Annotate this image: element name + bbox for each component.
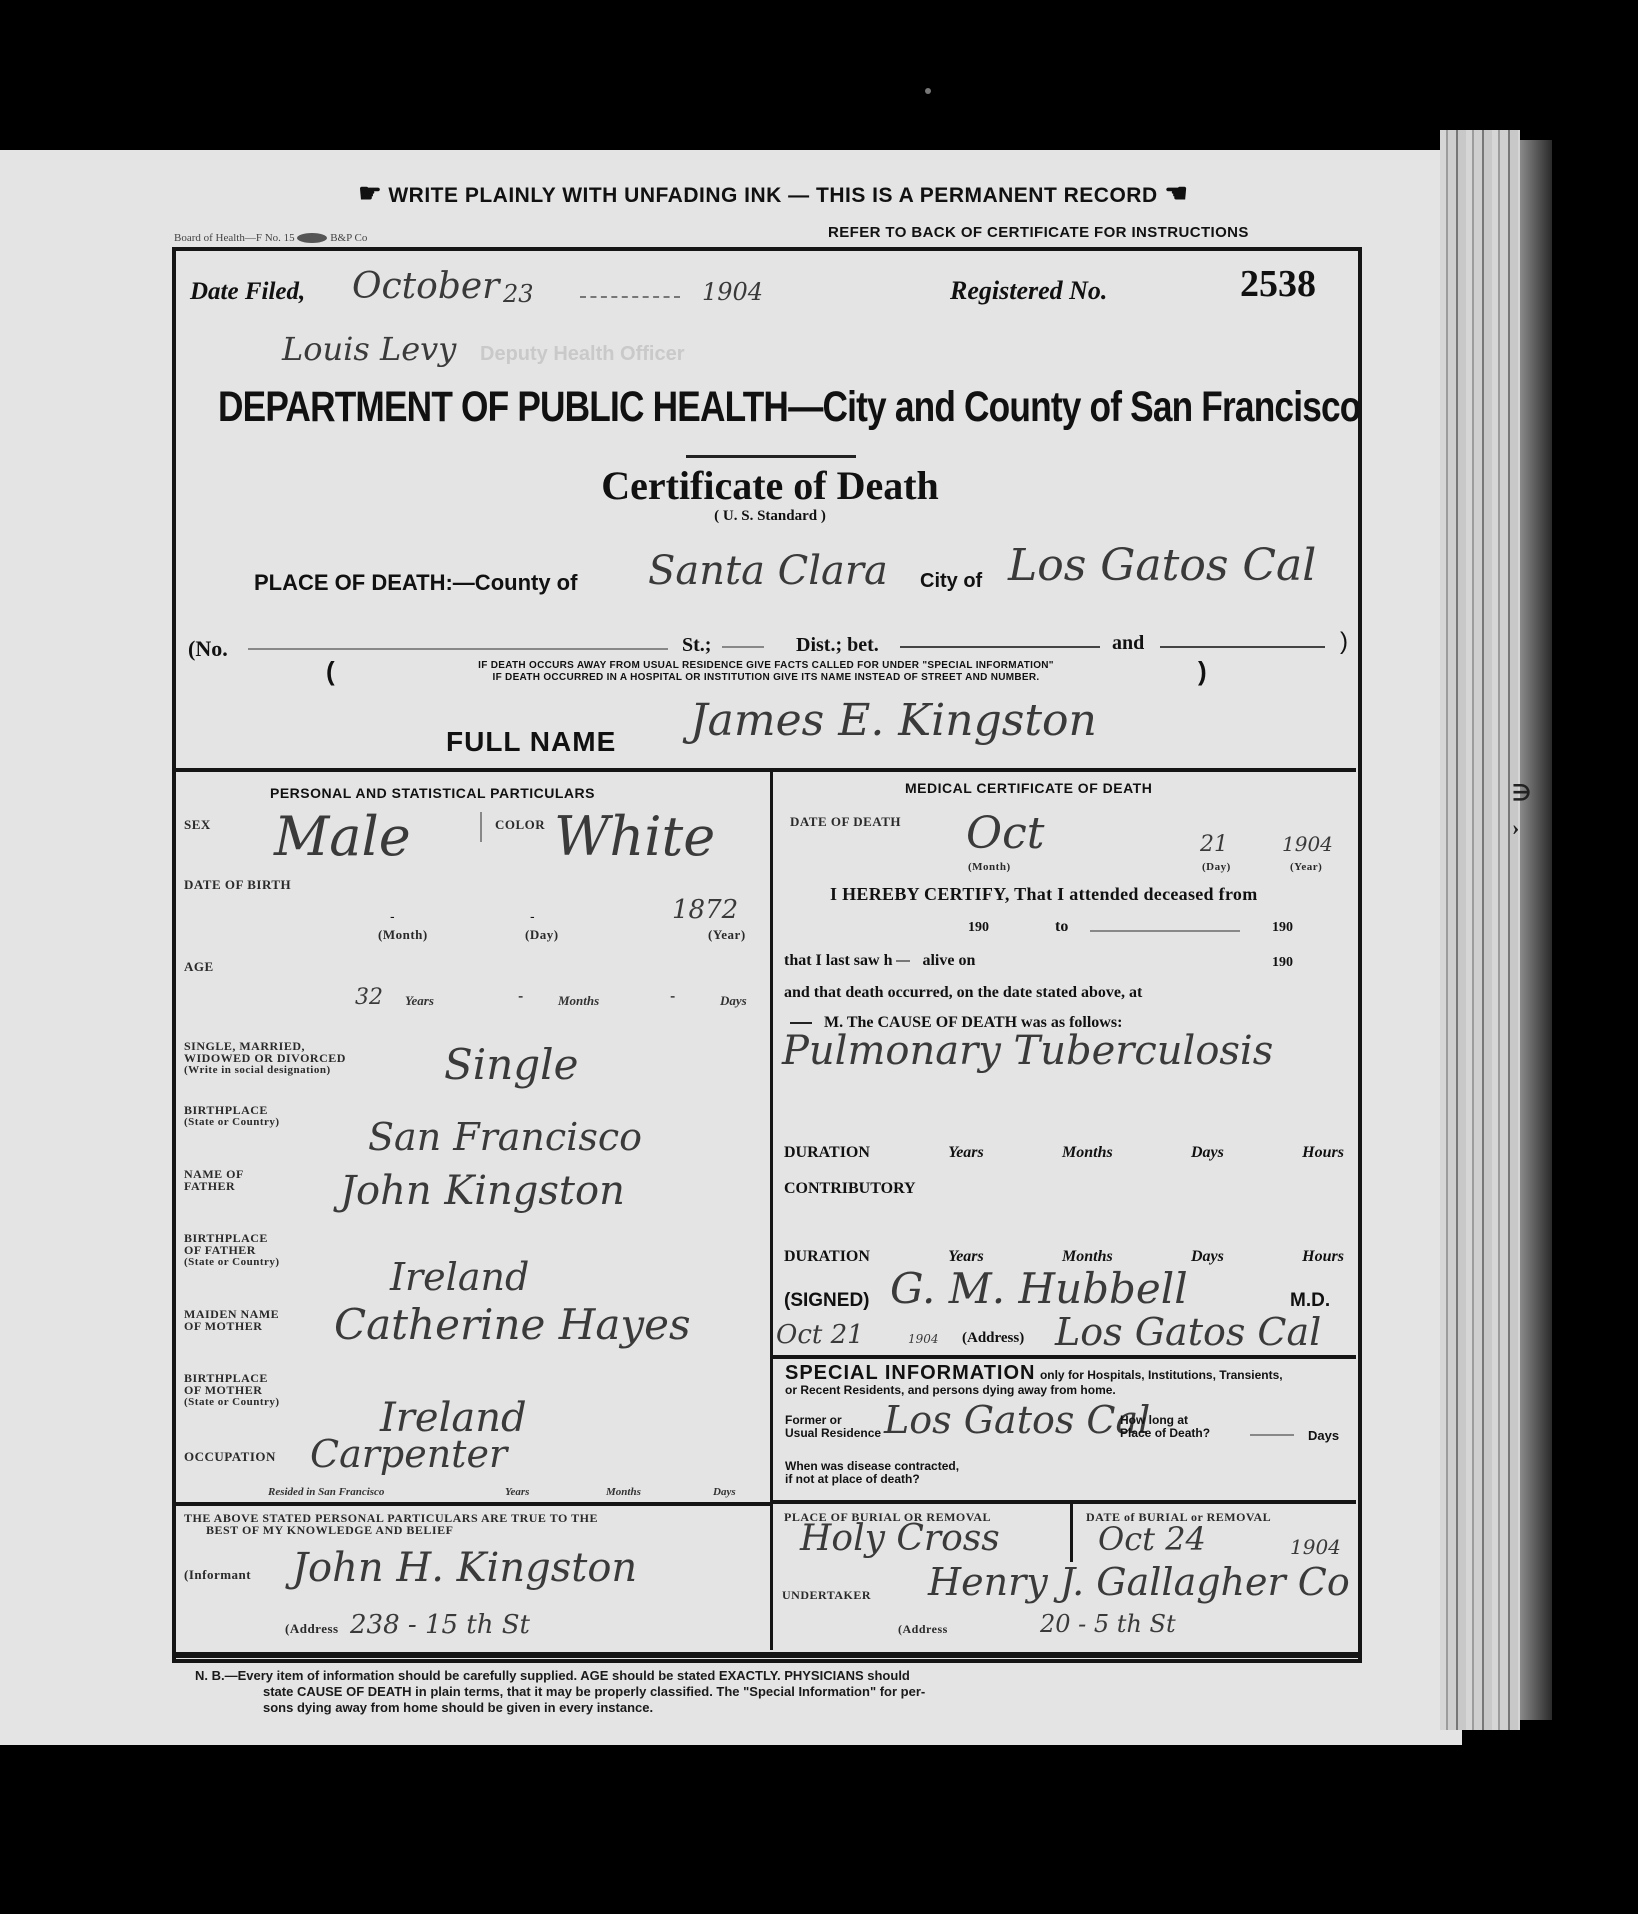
year-caption: (Year) bbox=[708, 928, 746, 942]
medical-heading: MEDICAL CERTIFICATE OF DEATH bbox=[905, 780, 1152, 796]
resided-years: Years bbox=[505, 1486, 529, 1498]
age-years: 32 bbox=[355, 985, 383, 1010]
day-caption: (Day) bbox=[525, 928, 559, 942]
alive-year: 190 bbox=[1272, 955, 1293, 971]
certificate-title: Certificate of Death bbox=[470, 462, 1070, 509]
resided-months: Months bbox=[606, 1486, 641, 1498]
undertaker-address-label: (Address bbox=[898, 1622, 948, 1636]
undertaker-label: UNDERTAKER bbox=[782, 1588, 871, 1602]
date-filed-year: 1904 bbox=[702, 278, 763, 306]
county-value: Santa Clara bbox=[648, 548, 888, 594]
mother-label: MAIDEN NAMEOF MOTHER bbox=[184, 1308, 279, 1332]
occupation-label: OCCUPATION bbox=[184, 1450, 276, 1464]
dob-day: - bbox=[530, 908, 535, 924]
burial-divider bbox=[772, 1500, 1356, 1504]
pointing-hand-icon: ☛ bbox=[1164, 178, 1188, 209]
sex-label: SEX bbox=[184, 818, 211, 832]
color-value: White bbox=[554, 805, 715, 868]
father-birthplace-label: BIRTHPLACEOF FATHER(State or Country) bbox=[184, 1232, 280, 1268]
month-caption: (Month) bbox=[378, 928, 428, 942]
city-value: Los Gatos Cal bbox=[1008, 540, 1316, 591]
and-label: and bbox=[1112, 632, 1144, 655]
how-long-blank bbox=[1250, 1434, 1294, 1436]
signed-date: Oct 21 bbox=[776, 1320, 864, 1350]
occupation-value: Carpenter bbox=[310, 1432, 507, 1476]
street-no-blank bbox=[248, 648, 668, 650]
informant-statement: THE ABOVE STATED PERSONAL PARTICULARS AR… bbox=[184, 1512, 598, 1536]
bottom-rule bbox=[172, 1652, 1362, 1658]
marital-value: Single bbox=[444, 1040, 578, 1089]
attended-to-label: to bbox=[1055, 918, 1068, 936]
informant-address: 238 - 15 th St bbox=[350, 1610, 530, 1640]
age-days: - bbox=[670, 988, 675, 1006]
attended-from-year: 190 bbox=[968, 920, 989, 936]
special-divider bbox=[772, 1355, 1356, 1359]
residence-note: IF DEATH OCCURS AWAY FROM USUAL RESIDENC… bbox=[346, 660, 1186, 684]
resided-label: Resided in San Francisco bbox=[268, 1486, 384, 1498]
paren-close: ) bbox=[1198, 656, 1207, 687]
cause-value: Pulmonary Tuberculosis bbox=[782, 1028, 1273, 1074]
sex-value: Male bbox=[274, 805, 411, 868]
date-filed-blank bbox=[580, 296, 680, 298]
physician-signature: G. M. Hubbell bbox=[890, 1264, 1188, 1313]
physician-address: Los Gatos Cal bbox=[1055, 1310, 1321, 1354]
marital-label: SINGLE, MARRIED,WIDOWED OR DIVORCED(Writ… bbox=[184, 1040, 346, 1076]
dob-year: 1872 bbox=[672, 895, 738, 925]
attended-to-blank bbox=[1090, 930, 1240, 932]
contributory-label: CONTRIBUTORY bbox=[784, 1180, 916, 1198]
age-label: AGE bbox=[184, 960, 214, 974]
md-label: M.D. bbox=[1290, 1290, 1330, 1312]
dod-month: Oct bbox=[966, 808, 1044, 859]
title-rule bbox=[686, 455, 856, 458]
binding-shadow bbox=[1520, 140, 1552, 1720]
signed-label: (SIGNED) bbox=[784, 1290, 870, 1312]
pointing-hand-icon: ☛ bbox=[358, 178, 382, 208]
dod-label: DATE OF DEATH bbox=[790, 815, 901, 829]
date-filed-label: Date Filed, bbox=[190, 278, 305, 306]
residence-label: Former orUsual Residence bbox=[785, 1414, 881, 1440]
dod-year: 1904 bbox=[1282, 832, 1333, 856]
section-divider bbox=[176, 768, 1356, 772]
sex-color-divider bbox=[480, 812, 482, 842]
informant-divider bbox=[176, 1502, 772, 1506]
residence-value: Los Gatos Cal bbox=[884, 1398, 1150, 1442]
contracted-label: When was disease contracted,if not at pl… bbox=[785, 1460, 959, 1486]
registered-number: 2538 bbox=[1240, 262, 1316, 306]
street-no-label: (No. bbox=[188, 636, 228, 662]
father-value: John Kingston bbox=[340, 1168, 625, 1214]
instructions-note: REFER TO BACK OF CERTIFICATE FOR INSTRUC… bbox=[828, 224, 1249, 241]
street-label: St.; bbox=[682, 634, 711, 657]
full-name-label: FULL NAME bbox=[446, 726, 616, 758]
edge-mark: › bbox=[1512, 815, 1519, 841]
place-of-death-label: PLACE OF DEATH:—County of bbox=[254, 570, 577, 596]
personal-heading: PERSONAL AND STATISTICAL PARTICULARS bbox=[270, 785, 595, 801]
date-filed-day: 23 bbox=[503, 280, 534, 308]
occurred-line: and that death occurred, on the date sta… bbox=[784, 984, 1142, 1002]
burial-column-divider bbox=[1070, 1502, 1073, 1562]
district-label: Dist.; bet. bbox=[796, 634, 879, 657]
paren-open: ( bbox=[326, 656, 335, 687]
months-caption: Months bbox=[558, 993, 599, 1009]
undertaker-address: 20 - 5 th St bbox=[1040, 1610, 1176, 1638]
form-id: Board of Health—F No. 15 B&P Co bbox=[174, 232, 367, 244]
burial-place-value: Holy Cross bbox=[800, 1518, 1000, 1559]
last-saw-label: that I last saw h alive on bbox=[784, 952, 975, 970]
dod-year-caption: (Year) bbox=[1290, 860, 1322, 874]
burial-date-value: Oct 24 bbox=[1098, 1520, 1206, 1558]
health-officer-signature: Louis Levy bbox=[282, 330, 456, 368]
permanent-record-banner: ☛ WRITE PLAINLY WITH UNFADING INK — THIS… bbox=[228, 178, 1318, 209]
how-long-label: How long atPlace of Death? bbox=[1120, 1414, 1210, 1440]
page-stack-edges bbox=[1440, 130, 1520, 1730]
speck bbox=[925, 88, 931, 94]
color-label: COLOR bbox=[495, 818, 545, 832]
full-name-value: James E. Kingston bbox=[690, 695, 1097, 746]
resided-days: Days bbox=[713, 1486, 736, 1498]
dod-day: 21 bbox=[1200, 832, 1228, 857]
father-birthplace-value: Ireland bbox=[390, 1255, 529, 1299]
department-title: DEPARTMENT OF PUBLIC HEALTH—City and Cou… bbox=[218, 383, 1128, 432]
informant-address-label: (Address bbox=[285, 1622, 339, 1636]
column-divider bbox=[770, 770, 773, 1650]
informant-label: (Informant bbox=[184, 1568, 251, 1582]
father-label: NAME OFFATHER bbox=[184, 1168, 244, 1192]
physician-address-label: (Address) bbox=[962, 1330, 1024, 1347]
birthplace-label: BIRTHPLACE(State or Country) bbox=[184, 1104, 280, 1128]
dob-month: - bbox=[390, 908, 395, 924]
dod-month-caption: (Month) bbox=[968, 860, 1011, 874]
dod-day-caption: (Day) bbox=[1202, 860, 1231, 874]
birthplace-value: San Francisco bbox=[368, 1115, 642, 1159]
union-seal-icon bbox=[297, 233, 327, 243]
and-blank bbox=[1160, 646, 1325, 648]
health-officer-title: Deputy Health Officer bbox=[480, 343, 684, 366]
undertaker-value: Henry J. Gallagher Co bbox=[928, 1560, 1350, 1604]
footnote: N. B.—Every item of information should b… bbox=[195, 1668, 925, 1716]
years-caption: Years bbox=[405, 993, 434, 1009]
edge-mark: ∋ bbox=[1512, 780, 1531, 806]
how-long-days: Days bbox=[1308, 1428, 1339, 1443]
date-filed-month: October bbox=[352, 266, 499, 307]
attended-to-year: 190 bbox=[1272, 920, 1293, 936]
city-label: City of bbox=[920, 570, 982, 593]
burial-year: 1904 bbox=[1290, 1535, 1341, 1559]
certify-line: I HEREBY CERTIFY, That I attended deceas… bbox=[830, 884, 1258, 905]
district-blank bbox=[900, 646, 1100, 648]
mother-birthplace-label: BIRTHPLACEOF MOTHER(State or Country) bbox=[184, 1372, 280, 1408]
signed-year: 1904 bbox=[908, 1332, 939, 1346]
dob-label: DATE OF BIRTH bbox=[184, 878, 291, 892]
mother-value: Catherine Hayes bbox=[334, 1300, 691, 1349]
registered-label: Registered No. bbox=[950, 276, 1107, 306]
street-blank bbox=[722, 646, 764, 648]
special-heading: SPECIAL INFORMATION only for Hospitals, … bbox=[785, 1362, 1345, 1397]
informant-name: John H. Kingston bbox=[292, 1545, 637, 1591]
us-standard-label: ( U. S. Standard ) bbox=[620, 508, 920, 525]
paren-close: ) bbox=[1340, 628, 1348, 656]
age-months: - bbox=[518, 988, 523, 1006]
days-caption: Days bbox=[720, 993, 747, 1009]
duration-row-primary: DURATION Years Months Days Hours bbox=[784, 1144, 1344, 1162]
